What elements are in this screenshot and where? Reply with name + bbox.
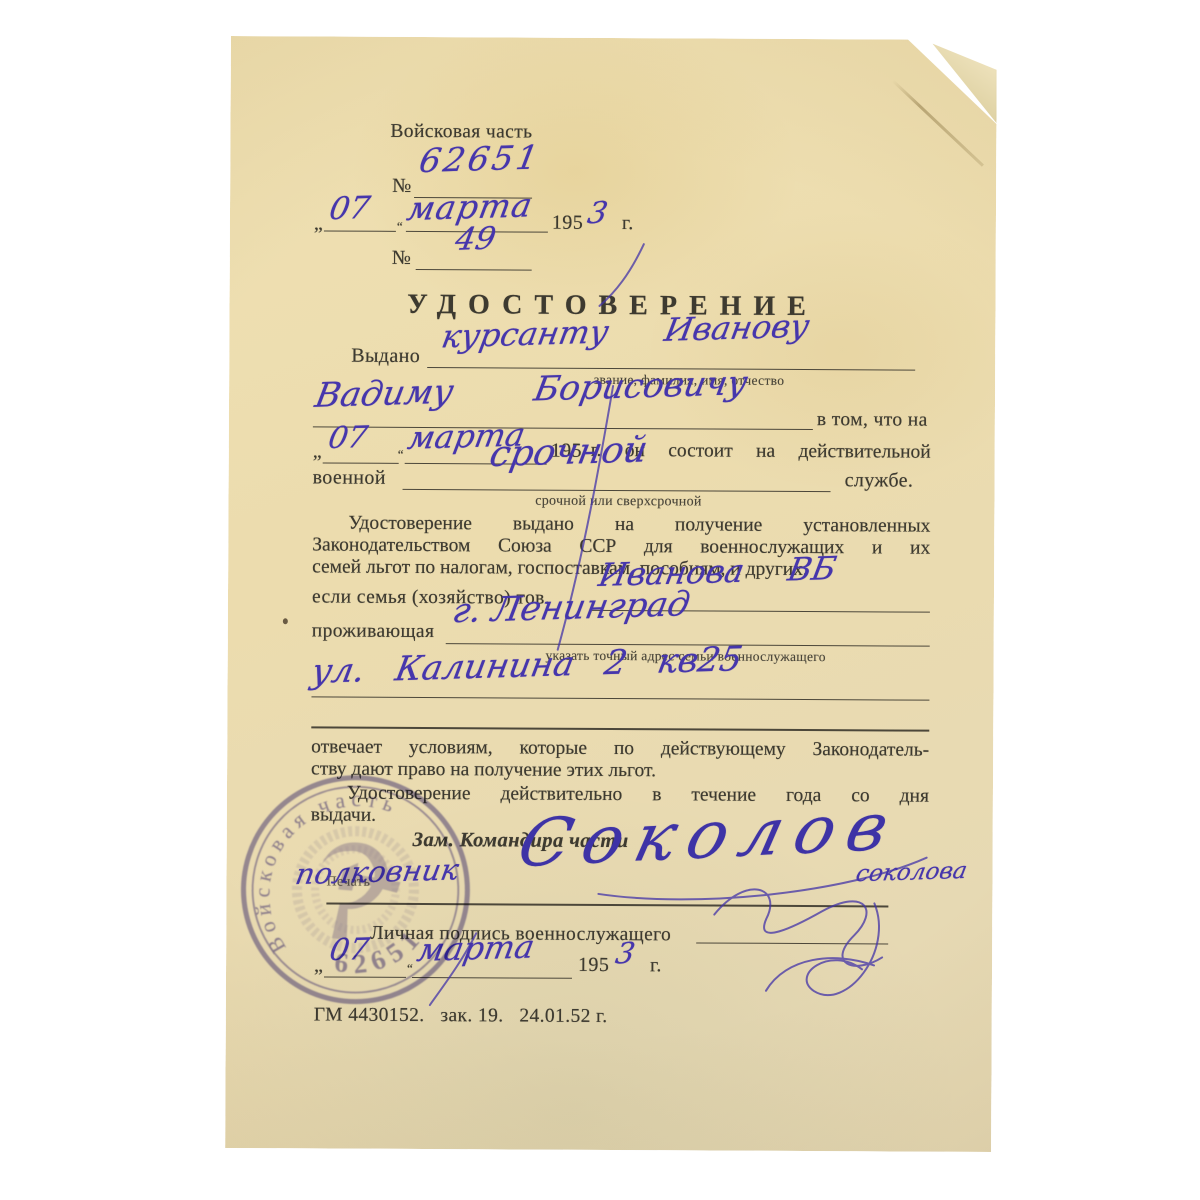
- paper-speck: [283, 618, 288, 624]
- crease-line: [892, 79, 984, 166]
- issued-tail: в том, что на: [817, 409, 928, 432]
- service-date-open-quote: „: [313, 440, 322, 463]
- military-subtext: срочной или сверхсрочной: [478, 493, 758, 510]
- military-tail: службе.: [845, 469, 914, 492]
- issued-label: Выдано: [351, 345, 420, 368]
- bottom-date-year-printed: 195: [578, 954, 609, 977]
- bottom-date-year-suffix: г.: [650, 954, 662, 977]
- header-date-close-quote: “: [397, 219, 403, 235]
- certificate-scan: Войсковая часть № 62651 „ 07 “ марта 195…: [225, 36, 997, 1152]
- header-date-year-suffix: г.: [622, 212, 634, 235]
- signature-note: соколова: [854, 858, 969, 887]
- personal-signature-rule: [696, 902, 888, 944]
- military-value: срочной: [486, 429, 650, 475]
- blank-rule: [311, 684, 929, 731]
- residence-value: г. Ленинград: [449, 584, 693, 631]
- header-date-day: 07: [327, 190, 373, 227]
- header-date-open-quote: „: [314, 212, 323, 235]
- residence-label: проживающая: [312, 620, 435, 643]
- paragraph-line: Удостоверение выдано на получение устано…: [312, 512, 930, 537]
- header-date-year-printed: 195: [552, 212, 583, 235]
- doc-number-value: 49: [452, 221, 498, 258]
- certificate-paper: Войсковая часть № 62651 „ 07 “ марта 195…: [225, 36, 997, 1152]
- doc-number-symbol: №: [392, 247, 412, 270]
- header-date-year-digit: 3: [585, 196, 611, 232]
- service-date-day: 07: [325, 420, 370, 456]
- unit-number-value: 62651: [416, 138, 544, 180]
- military-label: военной: [313, 466, 386, 489]
